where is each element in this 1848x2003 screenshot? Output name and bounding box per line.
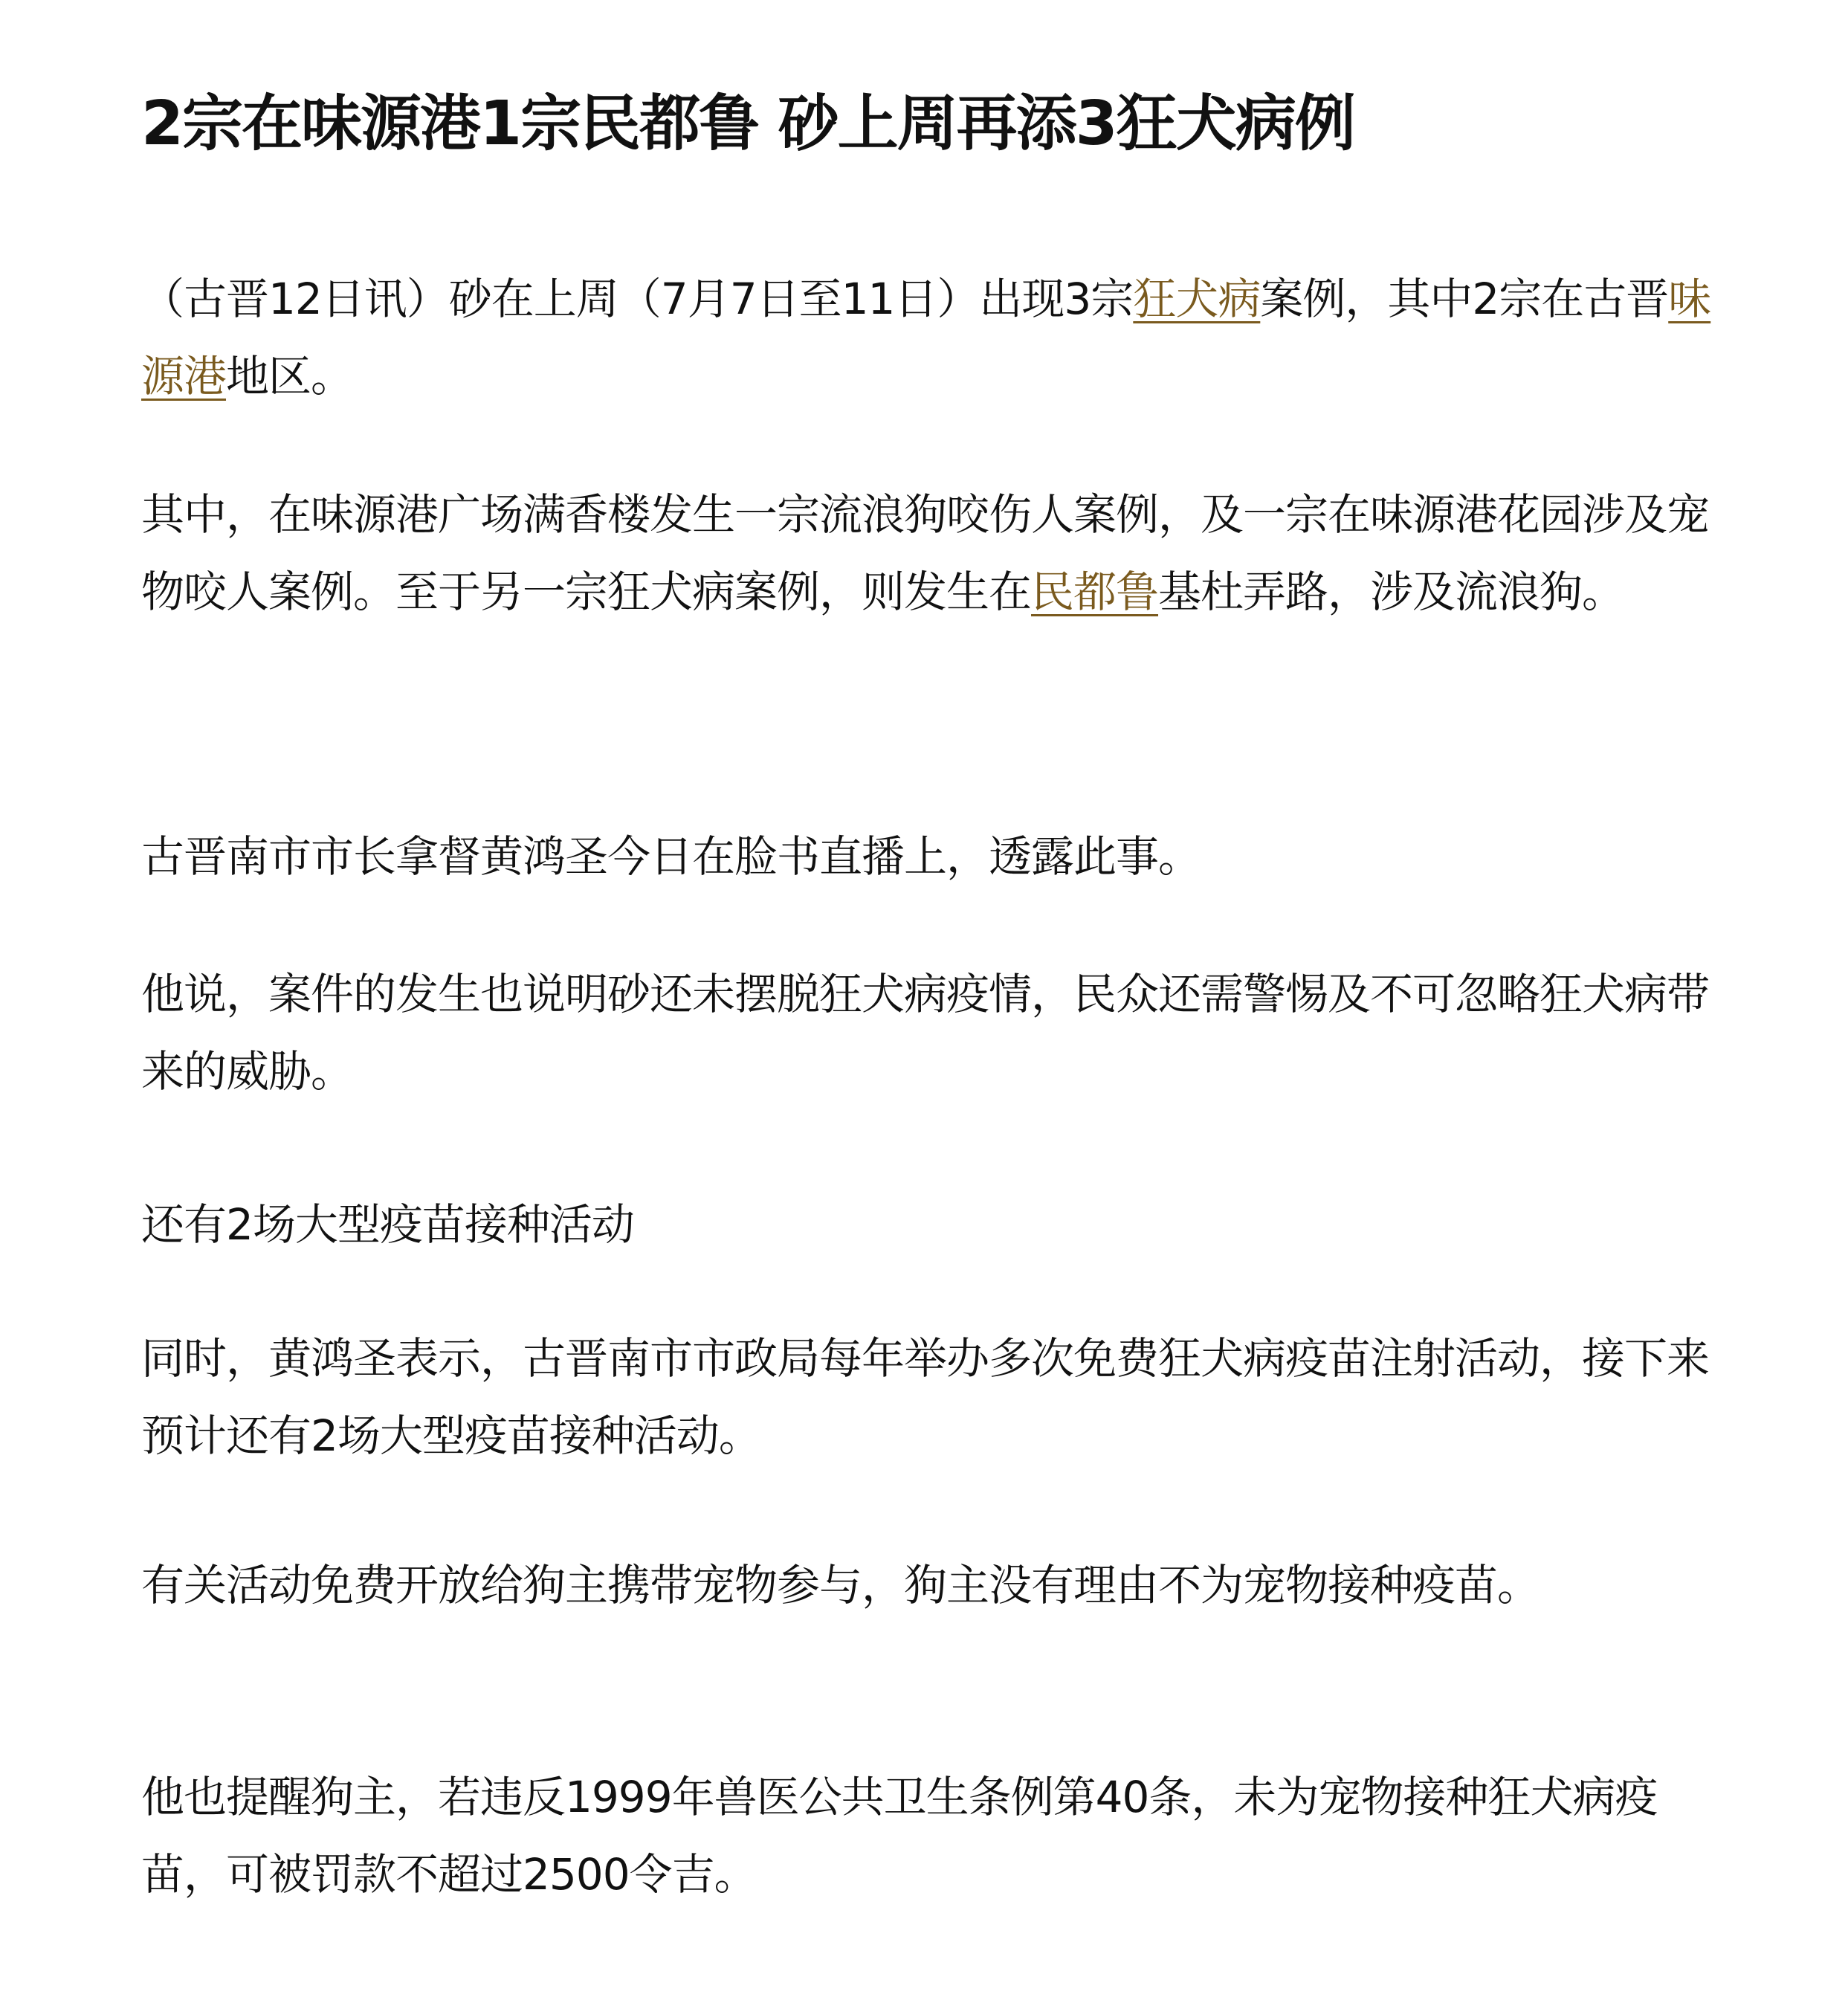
link-rabies[interactable]: 狂犬病 (1133, 274, 1260, 324)
paragraph-2-text-b: 基杜弄路，涉及流浪狗。 (1158, 567, 1624, 617)
paragraph-5: 同时，黄鸿圣表示，古晋南市市政局每年举办多次免费狂犬病疫苗注射活动，接下来预计还… (141, 1320, 1717, 1474)
paragraph-1: （古晋12日讯）砂在上周（7月7日至11日）出现3宗狂犬病案例，其中2宗在古晋味… (141, 260, 1717, 415)
article-title: 2宗在味源港1宗民都鲁 砂上周再添3狂犬病例 (141, 83, 1354, 165)
link-bintulu[interactable]: 民都鲁 (1031, 567, 1158, 617)
paragraph-7: 他也提醒狗主，若违反1999年兽医公共卫生条例第40条，未为宠物接种狂犬病疫苗，… (141, 1758, 1717, 1913)
paragraph-1-text-a: （古晋12日讯）砂在上周（7月7日至11日）出现3宗 (141, 274, 1133, 324)
paragraph-4: 他说，案件的发生也说明砂还未摆脱狂犬病疫情，民众还需警惕及不可忽略狂犬病带来的威… (141, 955, 1717, 1110)
paragraph-1-text-c: 地区。 (226, 351, 353, 401)
paragraph-1-text-b: 案例，其中2宗在古晋 (1260, 274, 1668, 324)
paragraph-6: 有关活动免费开放给狗主携带宠物参与，狗主没有理由不为宠物接种疫苗。 (141, 1546, 1717, 1624)
paragraph-2: 其中，在味源港广场满香楼发生一宗流浪狗咬伤人案例，及一宗在味源港花园涉及宠物咬人… (141, 476, 1717, 630)
subheading: 还有2场大型疫苗接种活动 (141, 1186, 1717, 1263)
paragraph-3: 古晋南市市长拿督黄鸿圣今日在脸书直播上，透露此事。 (141, 818, 1717, 895)
